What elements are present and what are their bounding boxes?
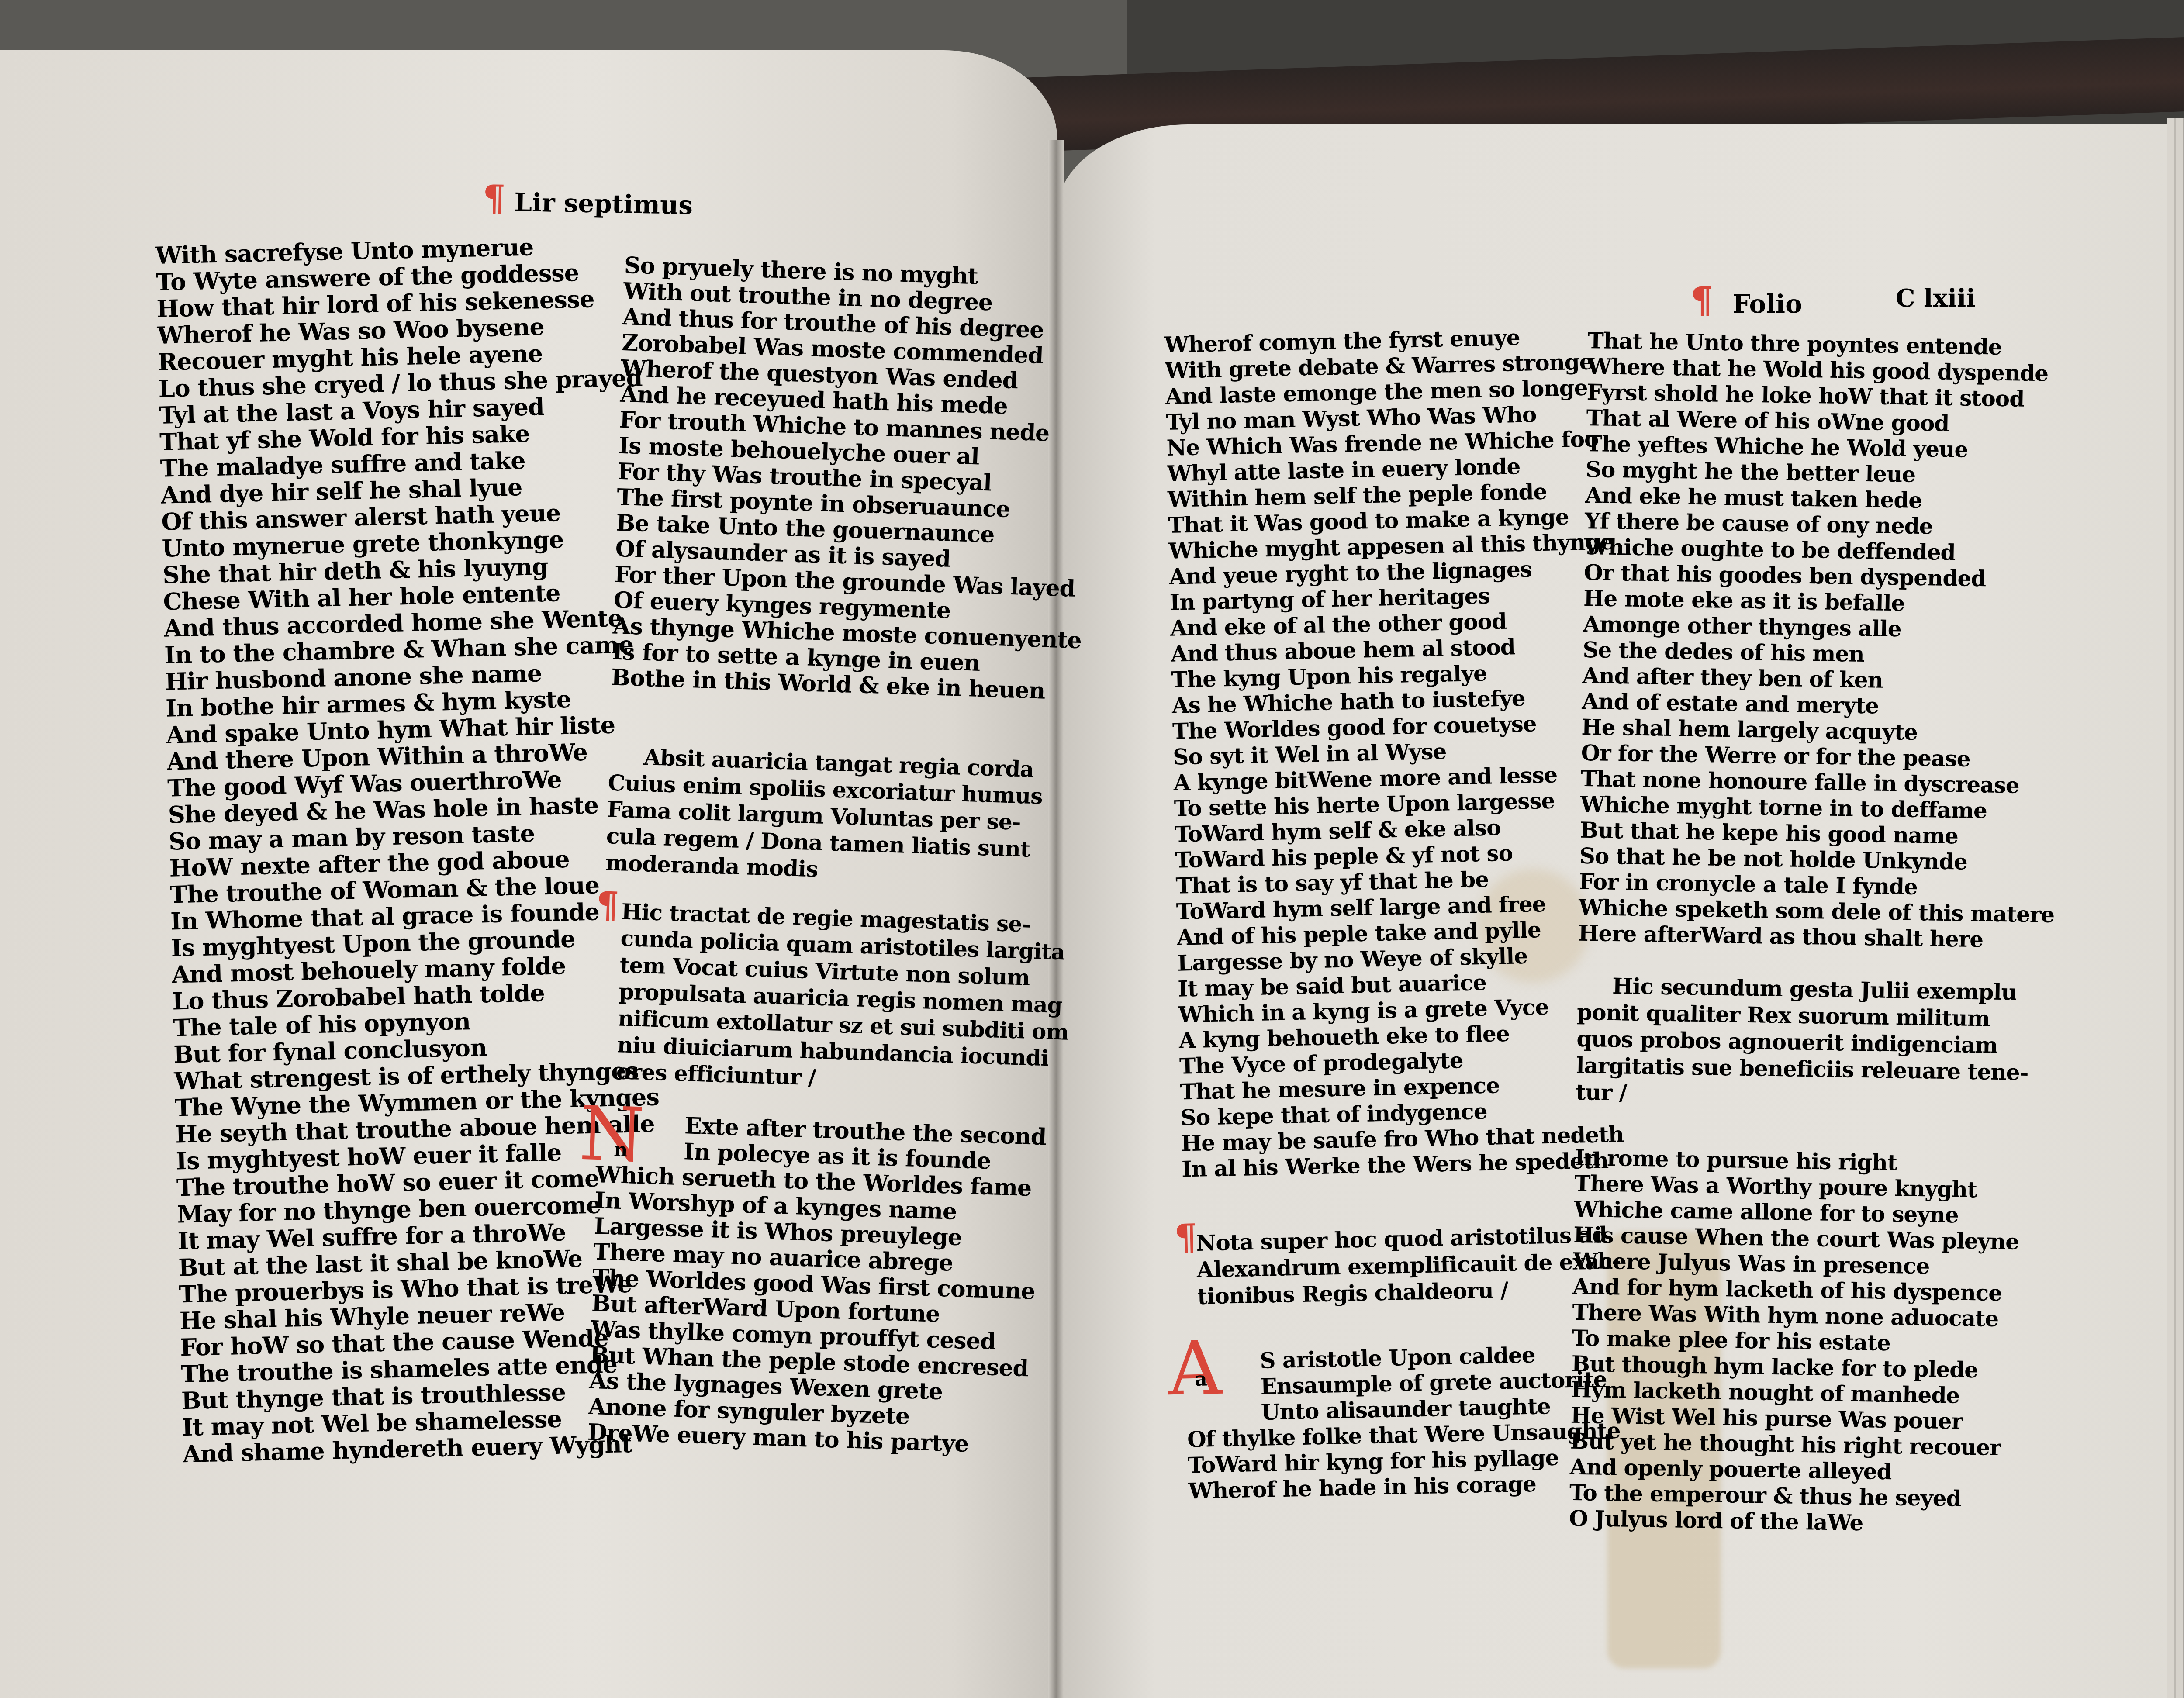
pilcrow-icon: ¶ [1690,280,1713,321]
pilcrow-icon: ¶ [596,892,619,919]
latin-gloss-block: ¶ Hic tractat de regie magestatis se-cun… [598,897,1073,1098]
guide-letter: a [1195,1366,1207,1392]
verse-block-with-initial: N n Exte after trouthe the secondIn pole… [587,1110,1066,1460]
verse-block: Wherof comyn the fyrst enuyeWith grete d… [1164,323,1627,1182]
running-head-title: Lir septimus [514,187,693,220]
page-stack-edge [2167,118,2184,1698]
verse-block: That he Unto thre poyntes entendeWhere t… [1578,328,2063,953]
running-head-title: Folio [1732,289,1802,319]
pilcrow-icon: ¶ [1174,1225,1197,1251]
folio-number: C lxiii [1896,284,1976,313]
left-column-1: With sacrefyse Unto mynerueTo Wyte answe… [155,231,667,1467]
latin-gloss-block: Hic secundum gesta Julii exempluponit qu… [1576,972,2053,1113]
right-running-head: ¶ Folio [1690,280,1802,321]
right-column-2: That he Unto thre poyntes entendeWhere t… [1569,328,2063,1539]
left-column-2: So pryuely there is no myghtWith out tro… [587,252,1093,1460]
guide-letter: n [614,1137,628,1163]
pilcrow-icon: ¶ [482,177,506,220]
latin-gloss-block: ¶ Nota super hoc quod aristotilus adAlex… [1183,1221,1629,1310]
verse-block: So pryuely there is no myghtWith out tro… [611,252,1093,705]
left-running-head: ¶ Lir septimus [482,177,693,223]
rubricated-initial: N [578,1097,645,1173]
verse-block: In rome to pursue his rightThere Was a W… [1569,1145,2051,1539]
right-column-1: Wherof comyn the fyrst enuyeWith grete d… [1164,323,1634,1504]
latin-verse-block: Absit auaricia tangat regia cordaCuius e… [605,742,1078,890]
verse-block-with-initial: A a S aristotle Upon caldeeEnsaumple of … [1185,1340,1634,1504]
